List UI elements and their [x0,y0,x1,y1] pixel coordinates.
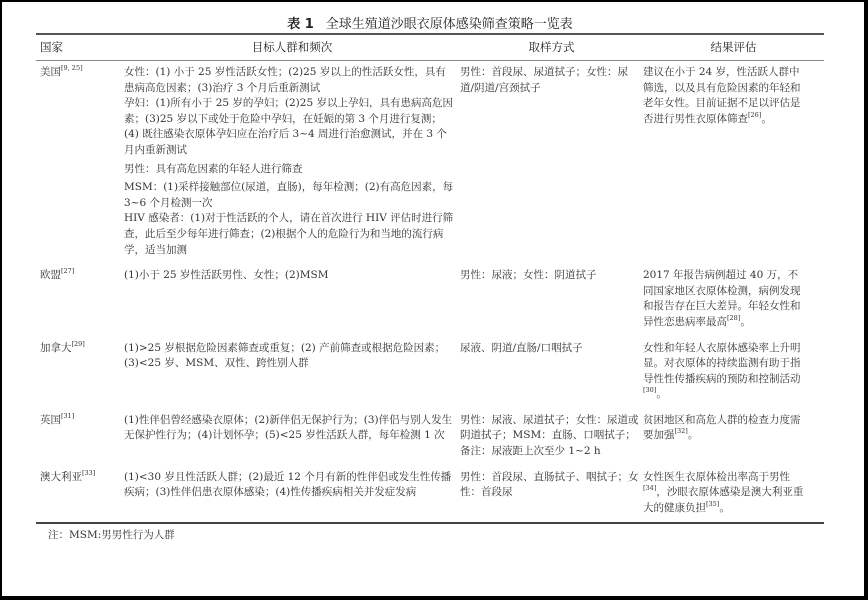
target-cell: 女性：(1) 小于 25 岁性活跃女性；(2)25 岁以上的性活跃女性，具有患病… [124,61,460,265]
table-footnote: 注：MSM:男男性行为人群 [36,524,824,542]
sampling-cell: 男性：尿液；女性：阴道拭子 [460,264,643,336]
table-row: 欧盟[27] (1)小于 25 岁性活跃男性、女性；(2)MSM 男性：尿液；女… [36,264,824,336]
reference-superscript: [35] [706,500,719,508]
target-line: HIV 感染者：(1)对于性活跃的个人，请在首次进行 HIV 评估时进行筛查，此… [124,211,456,258]
header-result-evaluation: 结果评估 [643,34,824,61]
target-cell: (1)<30 岁且性活跃人群；(2)最近 12 个月有新的性伴侣或发生性传播疾病… [124,466,460,524]
header-target-population: 目标人群和频次 [124,34,460,61]
country-cell: 美国[9, 25] [36,61,124,265]
table-caption: 表 1全球生殖道沙眼衣原体感染筛查策略一览表 [36,13,824,33]
reference-superscript: [26] [748,111,761,119]
header-country: 国家 [36,34,124,61]
reference-superscript: [33] [82,469,95,477]
target-line: (1)性伴侣曾经感染衣原体；(2)新伴侣无保护行为；(3)伴侣与别人发生无保护性… [124,413,456,444]
table-number: 表 1 [287,17,314,32]
reference-superscript: [29] [72,340,85,348]
country-cell: 英国[31] [36,409,124,466]
target-line: (1)小于 25 岁性活跃男性、女性；(2)MSM [124,268,456,284]
sampling-cell: 男性：首段尿、直肠拭子、咽拭子；女性：首段尿 [460,466,643,524]
table-row: 澳大利亚[33] (1)<30 岁且性活跃人群；(2)最近 12 个月有新的性伴… [36,466,824,524]
target-cell: (1)>25 岁根据危险因素筛查或重复；(2) 产前筛查或根据危险因素；(3)<… [124,337,460,409]
document-page: 表 1全球生殖道沙眼衣原体感染筛查策略一览表 国家 目标人群和频次 取样方式 结… [36,2,824,542]
header-sampling-method: 取样方式 [460,34,643,61]
country-cell: 加拿大[29] [36,337,124,409]
table-row: 英国[31] (1)性伴侣曾经感染衣原体；(2)新伴侣无保护行为；(3)伴侣与别… [36,409,824,466]
reference-superscript: [28] [727,314,740,322]
result-cell: 女性和年轻人衣原体感染率上升明显。对衣原体的持续监测有助于指导性性传播疾病的预防… [643,337,824,409]
target-line: 男性：具有高危因素的年轻人进行筛查 [124,162,456,178]
reference-superscript: [27] [61,267,74,275]
target-line: MSM：(1)采样接触部位(尿道，直肠)，每年检测；(2)有高危因素，每 3~6… [124,180,456,211]
target-line: 孕妇：(1)所有小于 25 岁的孕妇；(2)25 岁以上孕妇，具有患病高危因素；… [124,96,456,158]
table-header-row: 国家 目标人群和频次 取样方式 结果评估 [36,34,824,61]
screening-strategy-table: 国家 目标人群和频次 取样方式 结果评估 美国[9, 25] 女性：(1) 小于… [36,33,824,524]
sampling-cell: 男性：尿液、尿道拭子；女性：尿道或阴道拭子；MSM：直肠、口咽拭子；备注：尿液距… [460,409,643,466]
reference-superscript: [31] [61,412,74,420]
sampling-cell: 男性：首段尿、尿道拭子；女性：尿道/阴道/宫颈拭子 [460,61,643,265]
document-frame: 表 1全球生殖道沙眼衣原体感染筛查策略一览表 国家 目标人群和频次 取样方式 结… [2,2,864,596]
result-cell: 建议在小于 24 岁，性活跃人群中筛选，以及具有危险因素的年轻和老年女性。目前证… [643,61,824,265]
result-cell: 女性医生衣原体检出率高于男性[34]，沙眼衣原体感染是澳大利亚重大的健康负担[3… [643,466,824,524]
reference-superscript: [32] [675,427,688,435]
table-title: 全球生殖道沙眼衣原体感染筛查策略一览表 [326,17,573,32]
table-row: 美国[9, 25] 女性：(1) 小于 25 岁性活跃女性；(2)25 岁以上的… [36,61,824,265]
reference-superscript: [9, 25] [61,64,83,72]
reference-superscript: [30] [643,386,656,394]
country-cell: 澳大利亚[33] [36,466,124,524]
country-cell: 欧盟[27] [36,264,124,336]
target-cell: (1)小于 25 岁性活跃男性、女性；(2)MSM [124,264,460,336]
reference-superscript: [34] [643,484,656,492]
result-cell: 贫困地区和高危人群的检查力度需要加强[32]。 [643,409,824,466]
target-cell: (1)性伴侣曾经感染衣原体；(2)新伴侣无保护行为；(3)伴侣与别人发生无保护性… [124,409,460,466]
target-line: (1)>25 岁根据危险因素筛查或重复；(2) 产前筛查或根据危险因素；(3)<… [124,341,456,372]
table-row: 加拿大[29] (1)>25 岁根据危险因素筛查或重复；(2) 产前筛查或根据危… [36,337,824,409]
result-cell: 2017 年报告病例超过 40 万，不同国家地区衣原体检测，病例发现和报告存在巨… [643,264,824,336]
target-line: (1)<30 岁且性活跃人群；(2)最近 12 个月有新的性伴侣或发生性传播疾病… [124,470,456,501]
target-line: 女性：(1) 小于 25 岁性活跃女性；(2)25 岁以上的性活跃女性，具有患病… [124,65,456,96]
sampling-cell: 尿液、阴道/直肠/口咽拭子 [460,337,643,409]
